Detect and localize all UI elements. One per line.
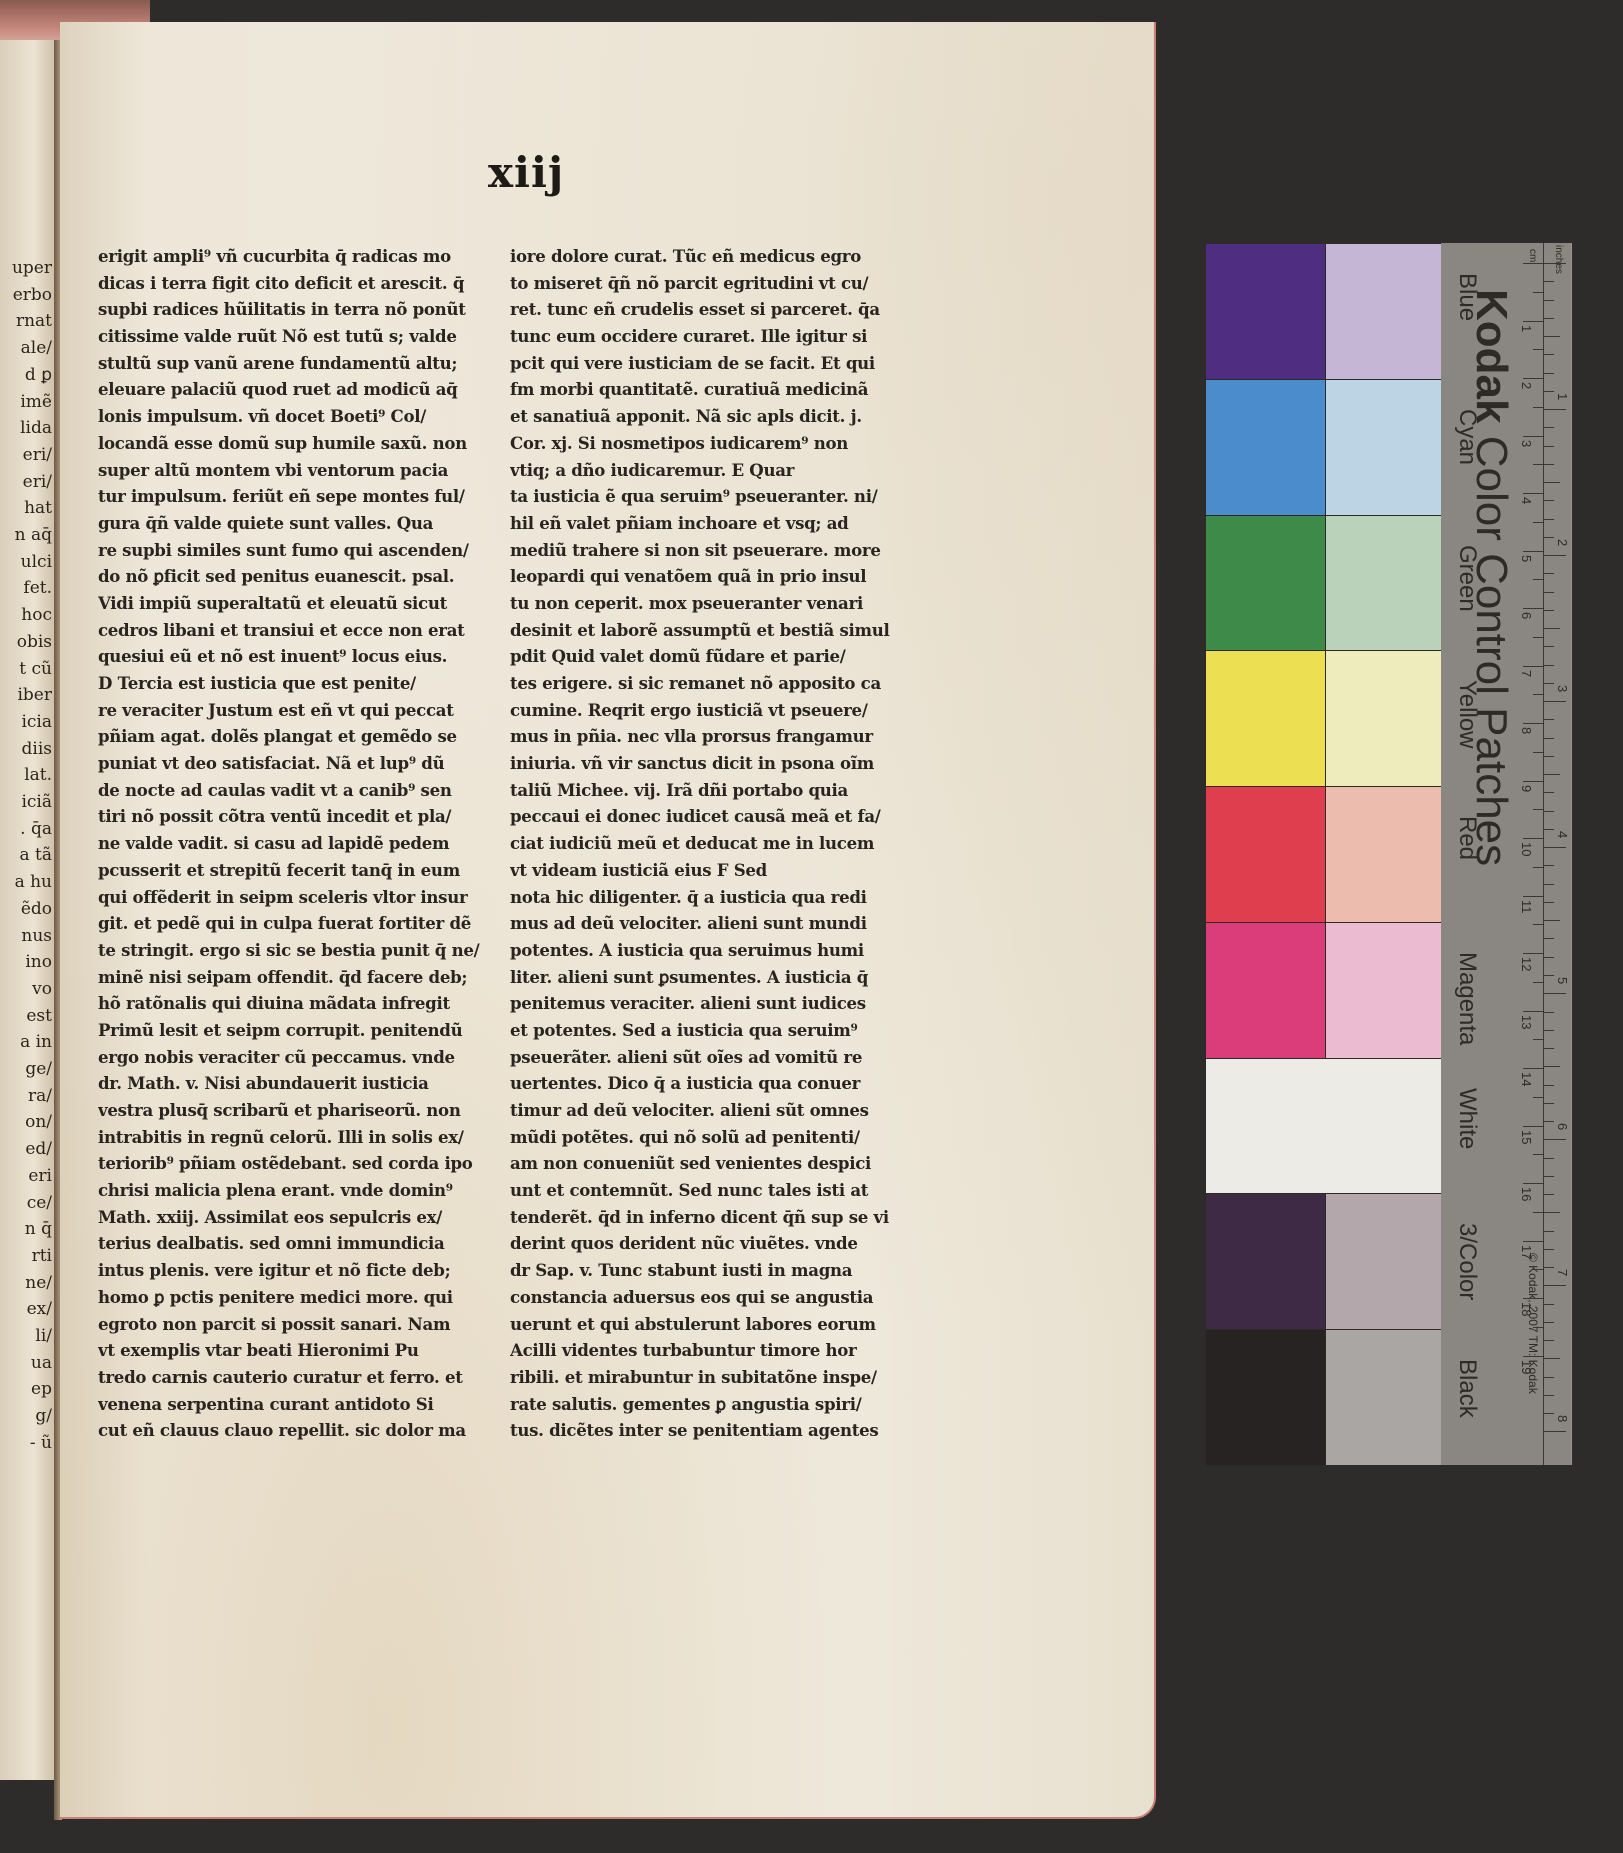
target-subtitle: Color Control Patches <box>1467 436 1516 866</box>
left-page-text-fragment: rnat <box>16 311 52 331</box>
left-page-text-fragment: ino <box>25 952 52 972</box>
unit-inches: inches <box>1553 245 1563 274</box>
patch-magenta-dark <box>1205 922 1326 1059</box>
text-line: vt videam iusticiã eius F Sed <box>510 857 910 884</box>
left-page-text-fragment: hoc <box>21 605 52 625</box>
ruler-tick-inch <box>1544 1194 1554 1195</box>
text-line: intrabitis in regnũ celorũ. Illi in soli… <box>98 1124 488 1151</box>
text-line: lonis impulsum. vñ docet Boeti⁹ Col/ <box>98 403 488 430</box>
ruler-tick-inch <box>1544 1231 1554 1232</box>
ruler-tick-inch <box>1544 281 1554 282</box>
ruler-tick-cm <box>1523 953 1543 954</box>
text-line: ribili. et mirabuntur in subitatõne insp… <box>510 1364 910 1391</box>
left-page-text-fragment: diis <box>22 739 52 759</box>
left-page-text-fragment: fet. <box>23 578 52 598</box>
ruler-tick-inch <box>1544 1267 1554 1268</box>
ruler-tick-inch <box>1544 1030 1554 1031</box>
ruler-cm-label: 10 <box>1520 842 1533 856</box>
text-line: mũdi potẽtes. qui nõ solũ ad penitenti/ <box>510 1124 910 1151</box>
ruler-tick-inch <box>1544 1322 1554 1323</box>
ruler-tick-cm <box>1523 436 1543 437</box>
ruler-cm-label: 11 <box>1520 900 1533 914</box>
ruler-tick-cm <box>1533 982 1543 983</box>
left-page-text-fragment: ge/ <box>25 1059 52 1079</box>
text-line: dicas i terra figit cito deficit et ares… <box>98 270 488 297</box>
text-line: git. et pedẽ qui in culpa fuerat fortite… <box>98 910 488 937</box>
ruler-tick-inch <box>1544 409 1566 410</box>
ruler-tick-cm <box>1523 838 1543 839</box>
ruler-tick-inch <box>1544 902 1554 903</box>
left-page-text-fragment: iciã <box>21 792 52 812</box>
ruler-tick-inch <box>1544 1377 1554 1378</box>
text-line: stultũ sup vanũ arene fundamentũ altu; <box>98 350 488 377</box>
ruler-cm-label: 5 <box>1520 555 1533 562</box>
left-page-text-fragment: d ꝑ <box>25 365 52 385</box>
ruler-tick-inch <box>1544 884 1554 885</box>
patch-label: Black <box>1455 1359 1479 1418</box>
left-page-text-fragment: obis <box>17 632 52 652</box>
ruler-tick-cm <box>1523 378 1543 379</box>
left-page-text-fragment: ed/ <box>25 1139 52 1159</box>
text-line: fm morbi quantitatẽ. curatiuã medicinã <box>510 376 910 403</box>
text-line: dr. Math. v. Nisi abundauerit iusticia <box>98 1070 488 1097</box>
text-line: pcit qui vere iusticiam de se facit. Et … <box>510 350 910 377</box>
ruler-tick-inch <box>1544 263 1566 264</box>
patch-label: Red <box>1455 816 1479 860</box>
text-line: de nocte ad caulas vadit vt a canib⁹ sen <box>98 777 488 804</box>
text-line: unt et contemnũt. Sed nunc tales isti at <box>510 1177 910 1204</box>
patch-red-light <box>1325 786 1445 923</box>
ruler-tick-cm <box>1533 349 1543 350</box>
text-line: dr Sap. v. Tunc stabunt iusti in magna <box>510 1257 910 1284</box>
ruler-cm-label: 3 <box>1520 440 1533 447</box>
text-line: cedros libani et transiui et ecce non er… <box>98 617 488 644</box>
patch-white <box>1205 1058 1445 1195</box>
ruler-tick-cm <box>1533 464 1543 465</box>
ruler-cm-label: 14 <box>1520 1072 1533 1086</box>
ruler-tick-cm <box>1533 407 1543 408</box>
text-line: vtiq; a dño iudicaremur. E Quar <box>510 457 910 484</box>
ruler-cm-label: 18 <box>1520 1302 1533 1316</box>
left-page-text-fragment: est <box>26 1006 52 1026</box>
ruler-cm-label: 12 <box>1520 957 1533 971</box>
ruler-cm-label: 7 <box>1520 670 1533 677</box>
left-page-text-fragment: uper <box>12 258 52 278</box>
text-line: ciat iudiciũ meũ et deducat me in lucem <box>510 830 910 857</box>
ruler-inch-label: 3 <box>1556 685 1569 692</box>
ruler-tick-inch <box>1544 1413 1554 1414</box>
text-column-right: iore dolore curat. Tũc eñ medicus egroto… <box>510 243 910 1444</box>
text-line: erigit ampli⁹ vñ cucurbita q̄ radicas mo <box>98 243 488 270</box>
ruler-tick-cm <box>1533 1039 1543 1040</box>
ruler-tick-cm <box>1523 723 1543 724</box>
ruler-tick-cm <box>1533 1097 1543 1098</box>
text-line: vestra plusq̄ scribarũ et phariseorũ. no… <box>98 1097 488 1124</box>
text-line: tiri nõ possit cõtra ventũ incedit et pl… <box>98 803 488 830</box>
ruler-tick-inch <box>1544 683 1554 684</box>
text-line: supbi radices hũilitatis in terra nõ pon… <box>98 296 488 323</box>
text-line: egroto non parcit si possit sanari. Nam <box>98 1311 488 1338</box>
text-line: Cor. xj. Si nosmetipos iudicarem⁹ non <box>510 430 910 457</box>
patch-magenta-light <box>1325 922 1445 1059</box>
text-line: pcusserit et strepitũ fecerit tanq̄ in e… <box>98 857 488 884</box>
ruler-tick-inch <box>1544 464 1554 465</box>
text-line: uerunt et qui abstulerunt labores eorum <box>510 1311 910 1338</box>
ruler-cm-label: 16 <box>1520 1187 1533 1201</box>
left-page-text-fragment: eri/ <box>23 472 52 492</box>
ruler-tick-inch <box>1544 628 1560 629</box>
ruler-tick-cm <box>1523 263 1543 264</box>
left-page-text-fragment: ne/ <box>25 1273 52 1293</box>
ruler-tick-inch <box>1544 1212 1560 1213</box>
patch-red-dark <box>1205 786 1326 923</box>
text-line: intus plenis. vere igitur et nõ ficte de… <box>98 1257 488 1284</box>
text-line: eleuare palaciũ quod ruet ad modicũ aq̄ <box>98 376 488 403</box>
ruler-tick-inch <box>1544 1139 1566 1140</box>
text-line: nota hic diligenter. q̄ a iusticia qua r… <box>510 884 910 911</box>
text-line: et sanatiuã apponit. Nã sic apls dicit. … <box>510 403 910 430</box>
left-page-text-fragment: eri <box>28 1166 52 1186</box>
text-line: vt exemplis vtar beati Hieronimi Pu <box>98 1337 488 1364</box>
ruler-tick-cm <box>1523 1068 1543 1069</box>
left-page-text-fragment: a hu <box>15 872 52 892</box>
text-line: terius dealbatis. sed omni immundicia <box>98 1230 488 1257</box>
ruler-tick-inch <box>1544 427 1554 428</box>
text-line: cumine. Reqrit ergo iusticiã vt pseuere/ <box>510 697 910 724</box>
ruler-tick-cm <box>1523 781 1543 782</box>
left-page-text-fragment: ẽdo <box>21 899 52 919</box>
left-page-text-fragment: eri/ <box>23 445 52 465</box>
ruler-tick-inch <box>1544 701 1566 702</box>
ruler-cm-label: 4 <box>1520 497 1533 504</box>
patch-label: Blue <box>1455 273 1479 321</box>
left-page-text-fragment: ulci <box>21 552 52 572</box>
patch-blue-dark <box>1205 243 1326 380</box>
left-page-text-fragment: lida <box>20 418 52 438</box>
ruler-tick-inch <box>1544 665 1554 666</box>
text-line: venena serpentina curant antidoto Si <box>98 1391 488 1418</box>
ruler-tick-inch <box>1544 446 1554 447</box>
text-line: tes erigere. si sic remanet nõ apposito … <box>510 670 910 697</box>
left-page-text-fragment: t cũ <box>19 659 52 679</box>
patch-label: White <box>1455 1088 1479 1149</box>
ruler-tick-inch <box>1544 738 1554 739</box>
ruler-tick-inch <box>1544 300 1554 301</box>
text-line: tredo carnis cauterio curatur et ferro. … <box>98 1364 488 1391</box>
ruler-tick-inch <box>1544 1012 1554 1013</box>
patch-label: Yellow <box>1455 680 1479 749</box>
ruler-tick-inch <box>1544 993 1566 994</box>
patch-label: Magenta <box>1455 952 1479 1045</box>
color-patches <box>1205 243 1445 1465</box>
ruler-tick-cm <box>1533 694 1543 695</box>
ruler-tick-cm <box>1533 1269 1543 1270</box>
text-line: gura q̄ñ valde quiete sunt valles. Qua <box>98 510 488 537</box>
ruler-tick-inch <box>1544 573 1554 574</box>
ruler-tick-cm <box>1533 752 1543 753</box>
left-page-text-fragment: a in <box>20 1032 52 1052</box>
text-line: constancia aduersus eos qui se angustia <box>510 1284 910 1311</box>
ruler-tick-inch <box>1544 537 1554 538</box>
ruler-cm-label: 8 <box>1520 727 1533 734</box>
patch-label: Cyan <box>1455 409 1479 465</box>
text-line: pdit Quid valet domũ fũdare et parie/ <box>510 643 910 670</box>
ruler-tick-inch <box>1544 1048 1554 1049</box>
ruler-tick-inch <box>1544 811 1554 812</box>
patch-black-light <box>1325 1329 1445 1466</box>
ruler-tick-inch <box>1544 1285 1566 1286</box>
ruler-tick-inch <box>1544 482 1560 483</box>
text-line: re veraciter Justum est eñ vt qui peccat <box>98 697 488 724</box>
ruler-tick-inch <box>1544 519 1554 520</box>
ruler-axis <box>1543 243 1544 1465</box>
ruler-tick-inch <box>1544 975 1554 976</box>
ruler-tick-cm <box>1523 1011 1543 1012</box>
text-line: locandã esse domũ sup humile saxũ. non <box>98 430 488 457</box>
patch-black-dark <box>1205 1329 1326 1466</box>
text-line: minẽ nisi seipam offendit. q̄d facere de… <box>98 964 488 991</box>
ruler-cm-label: 17 <box>1520 1245 1533 1259</box>
ruler-tick-cm <box>1523 551 1543 552</box>
ruler-tick-inch <box>1544 391 1554 392</box>
text-line: tur impulsum. feriũt eñ sepe montes ful/ <box>98 483 488 510</box>
left-page-text-fragment: rti <box>32 1246 52 1266</box>
ruler-tick-inch <box>1544 1103 1554 1104</box>
text-line: ta iusticia ẽ qua seruim⁹ pseueranter. n… <box>510 483 910 510</box>
ruler-tick-inch <box>1544 756 1554 757</box>
text-line: quesiui eũ et nõ est inuent⁹ locus eius. <box>98 643 488 670</box>
ruler-strip: Kodak Color Control Patches © Kodak, 200… <box>1441 243 1572 1465</box>
text-line: pseuerãter. alieni sũt oĩes ad vomitũ re <box>510 1044 910 1071</box>
text-line: derint quos derident nũc viuẽtes. vnde <box>510 1230 910 1257</box>
ruler-tick-inch <box>1544 829 1554 830</box>
text-line: tus. dicẽtes inter se penitentiam agente… <box>510 1417 910 1444</box>
ruler-tick-cm <box>1533 924 1543 925</box>
ruler-inch-label: 1 <box>1556 393 1569 400</box>
ruler-tick-cm <box>1533 867 1543 868</box>
ruler-tick-cm <box>1523 1356 1543 1357</box>
ruler-tick-inch <box>1544 373 1554 374</box>
ruler-tick-cm <box>1533 1327 1543 1328</box>
patch-yellow-light <box>1325 650 1445 787</box>
text-line: taliũ Michee. vij. Irã dñi portabo quia <box>510 777 910 804</box>
patch-blue-light <box>1325 243 1445 380</box>
ruler-tick-inch <box>1544 1121 1554 1122</box>
text-line: mediũ trahere si non sit pseuerare. more <box>510 537 910 564</box>
ruler-tick-inch <box>1544 336 1560 337</box>
left-page-text-fragment: a tã <box>19 845 52 865</box>
ruler-tick-inch <box>1544 1358 1560 1359</box>
text-line: tu non ceperit. mox pseueranter venari <box>510 590 910 617</box>
text-line: pñiam agat. dolẽs plangat et gemẽdo se <box>98 723 488 750</box>
unit-cm: cm <box>1527 249 1537 262</box>
left-page-text-fragment: lat. <box>24 765 52 785</box>
left-page-text-fragment: li/ <box>35 1326 52 1346</box>
ruler-tick-cm <box>1523 666 1543 667</box>
text-line: mus in pñia. nec vlla prorsus frangamur <box>510 723 910 750</box>
text-line: qui offẽderit in seipm sceleris vltor in… <box>98 884 488 911</box>
patch-green-light <box>1325 515 1445 652</box>
left-page-text-fragment: erbo <box>13 285 52 305</box>
text-line: ergo nobis veraciter cũ peccamus. vnde <box>98 1044 488 1071</box>
ruler-inch-label: 7 <box>1556 1269 1569 1276</box>
patch-3-color-light <box>1325 1193 1445 1330</box>
text-line: uertentes. Dico q̄ a iusticia qua conuer <box>510 1070 910 1097</box>
text-line: Vidi impiũ superaltatũ et eleuatũ sicut <box>98 590 488 617</box>
ruler-inch-label: 2 <box>1556 539 1569 546</box>
ruler-tick-cm <box>1533 1154 1543 1155</box>
ruler-tick-inch <box>1544 1395 1554 1396</box>
ruler-inch-label: 5 <box>1556 977 1569 984</box>
left-page-text-fragment: n q̄ <box>25 1219 52 1239</box>
patch-green-dark <box>1205 515 1326 652</box>
text-line: do nõ ꝑficit sed penitus euanescit. psal… <box>98 563 488 590</box>
ruler-tick-inch <box>1544 1431 1566 1432</box>
left-page-text-fragment: hat <box>24 498 52 518</box>
ruler-tick-inch <box>1544 865 1554 866</box>
left-page-text-fragment: icia <box>21 712 52 732</box>
text-line: hil eñ valet pñiam inchoare et vsq; ad <box>510 510 910 537</box>
patch-cyan-light <box>1325 379 1445 516</box>
ruler-tick-inch <box>1544 1249 1554 1250</box>
ruler-cm-label: 13 <box>1520 1015 1533 1029</box>
ruler-tick-cm <box>1533 292 1543 293</box>
ruler-cm-label: 15 <box>1520 1130 1533 1144</box>
left-page-text-fragment: g/ <box>35 1406 52 1426</box>
ruler-cm-label: 6 <box>1520 612 1533 619</box>
text-line: D Tercia est iusticia que est penite/ <box>98 670 488 697</box>
text-line: cut eñ clauus clauo repellit. sic dolor … <box>98 1417 488 1444</box>
left-page-text-fragment: n aq̄ <box>15 525 52 545</box>
text-line: te stringit. ergo si sic se bestia punit… <box>98 937 488 964</box>
text-line: to miseret q̄ñ nõ parcit egritudini vt c… <box>510 270 910 297</box>
ruler-tick-cm <box>1533 637 1543 638</box>
text-line: tunc eum occidere curaret. Ille igitur s… <box>510 323 910 350</box>
ruler-tick-cm <box>1533 579 1543 580</box>
ruler-tick-inch <box>1544 1158 1554 1159</box>
ruler-tick-cm <box>1533 809 1543 810</box>
text-column-left: erigit ampli⁹ vñ cucurbita q̄ radicas mo… <box>98 243 488 1444</box>
ruler-tick-cm <box>1523 608 1543 609</box>
patch-label: 3/Color <box>1455 1223 1479 1300</box>
ruler-tick-cm <box>1523 493 1543 494</box>
ruler-cm-label: 19 <box>1520 1360 1533 1374</box>
left-page-text-fragment: ua <box>31 1353 52 1373</box>
ruler-tick-inch <box>1544 500 1554 501</box>
ruler-inch-label: 6 <box>1556 1123 1569 1130</box>
left-page-text-fragment: iber <box>17 685 52 705</box>
left-page-text-fragment: ra/ <box>28 1086 52 1106</box>
ruler-tick-inch <box>1544 1066 1560 1067</box>
left-page-text-fragment: ale/ <box>21 338 52 358</box>
folio-number: xiij <box>488 148 564 197</box>
text-line: timur ad deũ velociter. alieni sũt omnes <box>510 1097 910 1124</box>
ruler-cm-label: 1 <box>1520 325 1533 332</box>
left-page-text-fragment: vo <box>32 979 52 999</box>
text-line: hõ ratõnalis qui diuina mãdata infregit <box>98 990 488 1017</box>
text-line: desinit et laborẽ assumptũ et bestiã sim… <box>510 617 910 644</box>
patch-yellow-dark <box>1205 650 1326 787</box>
ruler-cm-label: 2 <box>1520 382 1533 389</box>
kodak-color-target: Kodak Color Control Patches © Kodak, 200… <box>1205 243 1577 1465</box>
ruler-tick-inch <box>1544 920 1560 921</box>
ruler-tick-cm <box>1533 522 1543 523</box>
text-line: Primũ lesit et seipm corrupit. penitendũ <box>98 1017 488 1044</box>
ruler-tick-inch <box>1544 1176 1554 1177</box>
ruler-tick-inch <box>1544 592 1554 593</box>
ruler-tick-cm <box>1523 1298 1543 1299</box>
ruler-tick-cm <box>1523 1126 1543 1127</box>
ruler-tick-inch <box>1544 938 1554 939</box>
ruler-tick-cm <box>1533 1212 1543 1213</box>
left-page-text-fragment: imẽ <box>20 392 52 412</box>
text-line: iniuria. vñ vir sanctus dicit in psona o… <box>510 750 910 777</box>
text-line: iore dolore curat. Tũc eñ medicus egro <box>510 243 910 270</box>
text-line: leopardi qui venatõem quã in prio insul <box>510 563 910 590</box>
text-line: potentes. A iusticia qua seruimus humi <box>510 937 910 964</box>
text-line: et potentes. Sed a iusticia qua seruim⁹ <box>510 1017 910 1044</box>
text-line: homo ꝑ pctis penitere medici more. qui <box>98 1284 488 1311</box>
text-line: ne valde vadit. si casu ad lapidẽ pedem <box>98 830 488 857</box>
text-line: Acilli videntes turbabuntur timore hor <box>510 1337 910 1364</box>
ruler-tick-inch <box>1544 792 1554 793</box>
ruler-tick-inch <box>1544 1085 1554 1086</box>
patch-label: Green <box>1455 545 1479 612</box>
ruler-cm-label: 9 <box>1520 785 1533 792</box>
left-page-text-fragment: ex/ <box>27 1299 52 1319</box>
text-line: mus ad deũ velociter. alieni sunt mundi <box>510 910 910 937</box>
left-page-text-fragment: . q̄a <box>20 819 52 839</box>
ruler-tick-inch <box>1544 1304 1554 1305</box>
left-page-fragment: upererbornatale/d ꝑimẽlidaeri/eri/hatn a… <box>0 40 56 1780</box>
patch-cyan-dark <box>1205 379 1326 516</box>
text-line: citissime valde ruũt Nõ est tutũ s; vald… <box>98 323 488 350</box>
ruler-tick-inch <box>1544 555 1566 556</box>
text-line: rate salutis. gementes ꝑ angustia spiri/ <box>510 1391 910 1418</box>
text-line: tenderẽt. q̄d in inferno dicent q̄ñ sup … <box>510 1204 910 1231</box>
ruler-inch-label: 8 <box>1556 1415 1569 1422</box>
left-page-text-fragment: - ũ <box>30 1433 52 1453</box>
ruler-tick-inch <box>1544 646 1554 647</box>
left-page-text-fragment: nus <box>21 926 52 946</box>
ruler-tick-cm <box>1523 1183 1543 1184</box>
text-line: am non conueniũt sed venientes despici <box>510 1150 910 1177</box>
text-line: liter. alieni sunt ꝑsumentes. A iusticia… <box>510 964 910 991</box>
ruler-inch-label: 4 <box>1556 831 1569 838</box>
left-page-text-fragment: ce/ <box>27 1193 52 1213</box>
ruler-tick-inch <box>1544 1340 1554 1341</box>
text-line: ret. tunc eñ crudelis esset si parceret.… <box>510 296 910 323</box>
ruler-tick-cm <box>1523 896 1543 897</box>
text-line: super altũ montem vbi ventorum pacia <box>98 457 488 484</box>
left-page-text-fragment: on/ <box>25 1112 52 1132</box>
text-line: Math. xxiij. Assimilat eos sepulcris ex/ <box>98 1204 488 1231</box>
ruler-tick-inch <box>1544 318 1554 319</box>
ruler-tick-inch <box>1544 719 1554 720</box>
text-line: teriorib⁹ pñiam ostẽdebant. sed corda ip… <box>98 1150 488 1177</box>
ruler-tick-cm <box>1523 321 1543 322</box>
text-line: puniat vt deo satisfaciat. Nã et lup⁹ dũ <box>98 750 488 777</box>
ruler-tick-inch <box>1544 957 1554 958</box>
ruler-tick-inch <box>1544 354 1554 355</box>
ruler-tick-inch <box>1544 847 1566 848</box>
ruler-tick-cm <box>1523 1241 1543 1242</box>
text-line: penitemus veraciter. alieni sunt iudices <box>510 990 910 1017</box>
text-line: re supbi similes sunt fumo qui ascenden/ <box>98 537 488 564</box>
ruler-tick-inch <box>1544 774 1560 775</box>
ruler-tick-inch <box>1544 610 1554 611</box>
patch-3-color-dark <box>1205 1193 1326 1330</box>
